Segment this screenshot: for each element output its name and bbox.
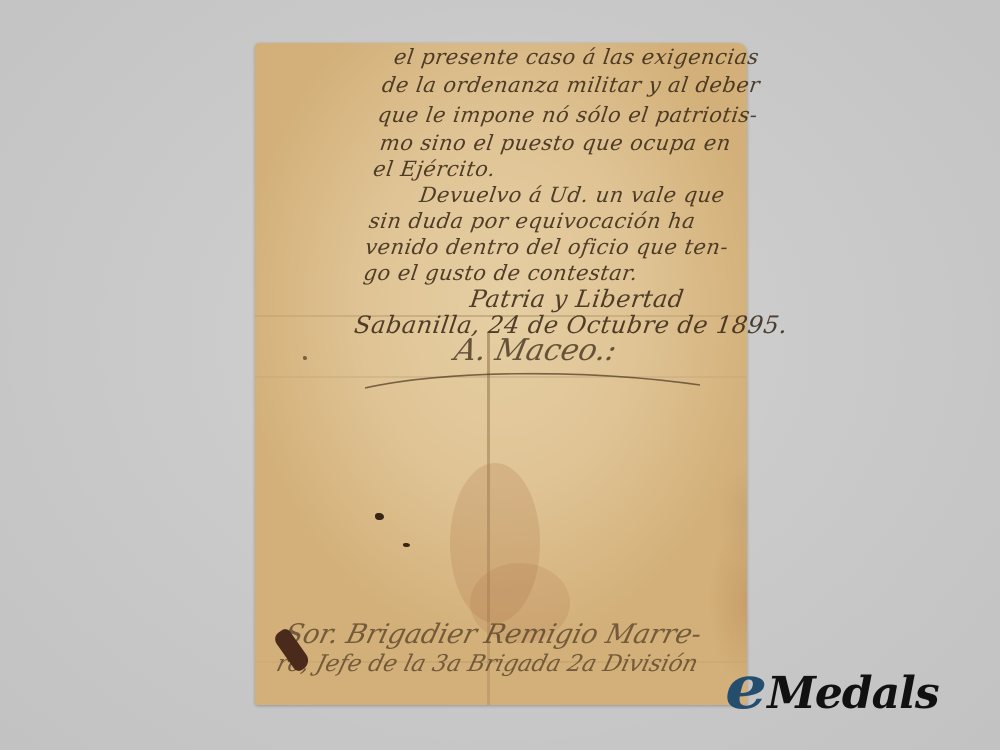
emedals-watermark-logo: e Medals: [727, 658, 939, 718]
letter-line: sin duda por equivocación ha: [367, 209, 697, 233]
letter-line: de la ordenanza militar y al deber: [380, 73, 761, 97]
ink-blot: [375, 513, 384, 520]
closing-salutation: Patria y Libertad: [468, 285, 686, 313]
letter-line: venido dentro del oficio que ten-: [364, 235, 730, 259]
logo-e-glyph: e: [725, 658, 767, 718]
letter-line: el Ejército.: [372, 157, 497, 181]
ink-blot: [403, 543, 410, 547]
signature-flourish: [360, 363, 710, 393]
logo-wordmark: Medals: [767, 672, 938, 716]
letter-line: Devuelvo á Ud. un vale que: [418, 183, 726, 207]
letter-line: que le impone nó sólo el patriotis-: [376, 103, 759, 127]
recipient-line-2: ro, Jefe de la 3a Brigada 2a División: [274, 651, 701, 677]
letter-line: go el gusto de contestar.: [362, 261, 639, 285]
letter-body: el presente caso á las exigencias de la …: [234, 43, 768, 343]
recipient-line-1: Sor. Brigadier Remigio Marre-: [281, 619, 705, 650]
ink-blot: [303, 356, 307, 360]
letter-paper: el presente caso á las exigencias de la …: [255, 43, 747, 705]
letter-line: el presente caso á las exigencias: [392, 45, 760, 69]
photo-backdrop: el presente caso á las exigencias de la …: [0, 0, 1000, 750]
letter-line: mo sino el puesto que ocupa en: [378, 131, 732, 155]
